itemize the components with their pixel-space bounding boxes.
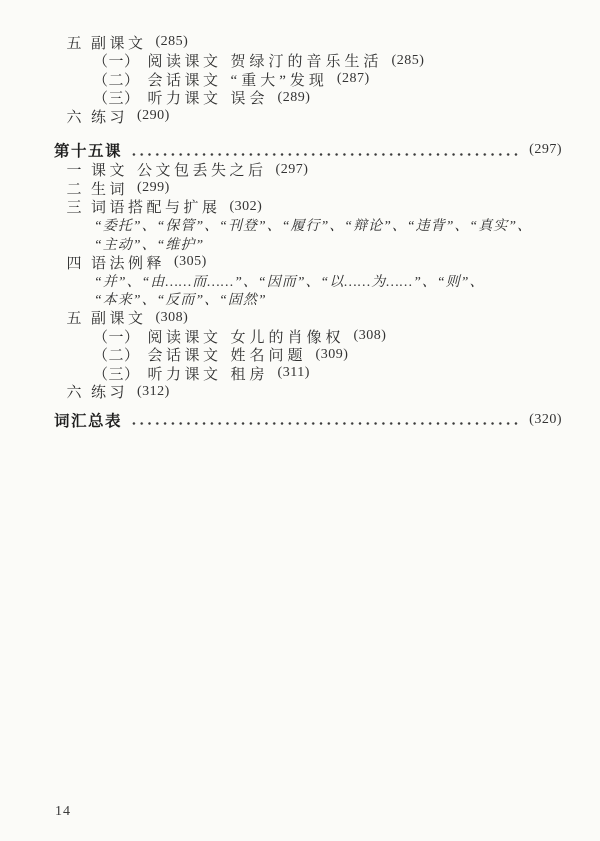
- course-type-label: 听力课文: [148, 87, 222, 108]
- toc-entry: 五 副课文 (285): [54, 33, 562, 52]
- glossary-heading-row: 词汇总表 (320): [54, 409, 562, 430]
- toc-entry: 一 课文 公文包丢失之后 (297): [54, 161, 562, 180]
- toc-subentry: （三） 听力课文 租房 (311): [54, 364, 562, 383]
- entry-page: (312): [137, 384, 170, 400]
- page-number: 14: [55, 804, 71, 820]
- grammar-terms: “本来”、“反而”、“固然”: [94, 289, 267, 309]
- entry-number: 五: [66, 32, 82, 53]
- lesson-title: 公文包丢失之后: [137, 159, 267, 180]
- grammar-terms: “并”、“由……而……”、“因而”、“以……为……”、“则”、: [94, 271, 484, 291]
- vocab-terms: “委托”、“保管”、“刊登”、“履行”、“辩论”、“违背”、“真实”、: [94, 215, 532, 235]
- toc-subentry: （二） 会话课文 “重大”发现 (287): [54, 70, 562, 89]
- entry-page: (309): [316, 347, 349, 363]
- entry-page: (308): [156, 310, 189, 326]
- toc-entry: 六 练习 (290): [54, 107, 562, 126]
- chapter-title: 第十五课: [54, 139, 122, 161]
- toc-entry: 二 生词 (299): [54, 179, 562, 198]
- toc-subentry: （一） 阅读课文 女儿的肖像权 (308): [54, 327, 562, 346]
- lesson-title: 误会: [231, 87, 269, 108]
- entry-page: (297): [276, 162, 309, 178]
- toc-entry: 五 副课文 (308): [54, 309, 562, 328]
- grammar-line: “并”、“由……而……”、“因而”、“以……为……”、“则”、: [54, 272, 562, 291]
- entry-page: (287): [337, 71, 370, 87]
- entry-number: 三: [66, 196, 82, 217]
- entry-page: (302): [230, 199, 263, 215]
- vocab-line: “主动”、“维护”: [54, 235, 562, 254]
- glossary-title: 词汇总表: [54, 409, 122, 431]
- entry-page: (285): [156, 34, 189, 50]
- entry-label: 语法例释: [91, 252, 165, 273]
- dot-leader: [130, 422, 519, 425]
- chapter-page: (297): [529, 142, 562, 158]
- glossary-page: (320): [529, 412, 562, 428]
- toc-subentry: （二） 会话课文 姓名问题 (309): [54, 346, 562, 365]
- vocab-line: “委托”、“保管”、“刊登”、“履行”、“辩论”、“违背”、“真实”、: [54, 216, 562, 235]
- course-type-label: 听力课文: [148, 363, 222, 384]
- toc-entry: 六 练习 (312): [54, 383, 562, 402]
- dot-leader: [130, 153, 519, 156]
- toc-entry: 四 语法例释 (305): [54, 253, 562, 272]
- entry-page: (305): [174, 254, 207, 270]
- entry-label: 词语搭配与扩展: [91, 196, 221, 217]
- vocab-terms: “主动”、“维护”: [94, 234, 204, 254]
- entry-page: (299): [137, 180, 170, 196]
- toc-subentry: （三） 听力课文 误会 (289): [54, 89, 562, 108]
- entry-page: (289): [278, 90, 311, 106]
- entry-number: 四: [66, 252, 82, 273]
- entry-page: (290): [137, 108, 170, 124]
- toc-subentry: （一） 阅读课文 贺绿汀的音乐生活 (285): [54, 52, 562, 71]
- entry-page: (285): [392, 53, 425, 69]
- toc-entry: 三 词语搭配与扩展 (302): [54, 198, 562, 217]
- entry-page: (311): [278, 365, 310, 381]
- entry-page: (308): [354, 328, 387, 344]
- chapter-heading-row: 第十五课 (297): [54, 140, 562, 161]
- entry-number: 五: [66, 307, 82, 328]
- entry-label: 练习: [91, 381, 128, 402]
- grammar-line: “本来”、“反而”、“固然”: [54, 290, 562, 309]
- entry-number: 六: [66, 106, 82, 127]
- lesson-title: 租房: [231, 363, 269, 384]
- entry-number: 六: [66, 381, 82, 402]
- toc-page: 五 副课文 (285) （一） 阅读课文 贺绿汀的音乐生活 (285) （二） …: [0, 0, 600, 841]
- entry-label: 练习: [91, 106, 128, 127]
